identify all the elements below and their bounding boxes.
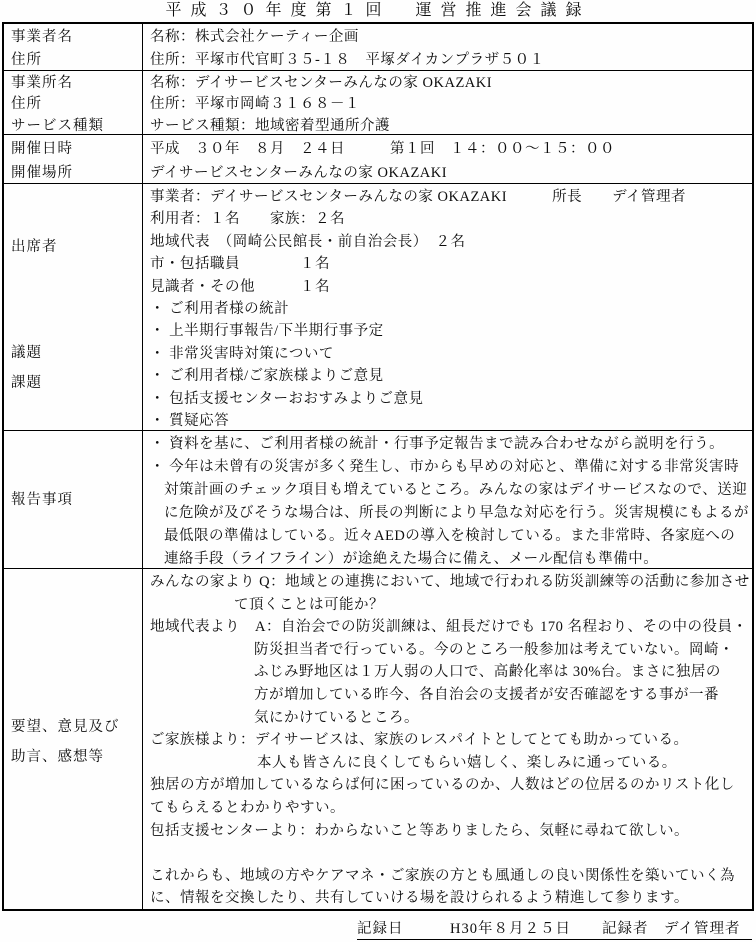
row-label: 出席者	[11, 236, 58, 258]
text-line: 見識者・その他 １名	[150, 276, 750, 298]
text-line: デイサービスセンターみんなの家 OKAZAKI	[150, 161, 750, 183]
text-line: 名称：デイサービスセンターみんなの家 OKAZAKI	[150, 73, 750, 94]
row-label: 要望、意見及び	[11, 716, 120, 739]
text-line: て頂くことは可能か？	[150, 594, 750, 617]
text-line: 市・包括職員 １名	[150, 253, 750, 275]
text-line: サービス種類：地域密着型通所介護	[150, 116, 750, 134]
row-label: 開催場所	[11, 161, 140, 185]
text-line: 連絡手段（ライフライン）が途絶えた場合に備え、メール配信も準備中。	[150, 548, 750, 568]
text-line: 防災担当者で行っている。今のところ一般参加は考えていない。岡崎・	[150, 639, 750, 662]
row-label: サービス種類	[11, 116, 140, 137]
row-office-content: 名称：デイサービスセンターみんなの家 OKAZAKI 住所：平塚市岡崎３１６８－…	[143, 71, 752, 134]
text-line: ふじみ野地区は１万人弱の人口で、高齢化率は 30%台。まさに独居の	[150, 661, 750, 684]
row-datetime-header: 開催日時 開催場所	[4, 135, 143, 183]
row-attendees-header: 出席者 議題 課題	[4, 184, 143, 430]
row-report: 報告事項 ・ 資料を基に、ご利用者様の統計・行事予定報告まで読み合わせながら説明…	[4, 430, 752, 568]
text-line: 住所：平塚市代官町３５-１８ 平塚ダイカンプラザ５０１	[150, 49, 750, 71]
text-line: 包括支援センターより：わからないこと等ありましたら、気軽に尋ねて欲しい。	[150, 820, 750, 843]
row-office-header: 事業所名 住所 サービス種類	[4, 71, 143, 134]
row-report-content: ・ 資料を基に、ご利用者様の統計・行事予定報告まで読み合わせながら説明を行う。 …	[143, 431, 752, 568]
text-line: てもらえるとわかりやすい。	[150, 797, 750, 820]
text-line: これからも、地域の方やケアマネ・ご家族の方とも風通しの良い関係性を築いていく為	[150, 865, 750, 888]
row-report-header: 報告事項	[4, 431, 143, 568]
text-line: 対策計画のチェック項目も増えているところ。みんなの家はデイサービスなので、送迎	[150, 479, 750, 502]
text-line: 平成 ３０年 ８月 ２４日 第１回 １４：００～１５：００	[150, 137, 750, 161]
text-line: ご家族様より：デイサービスは、家族のレスパイトとしてとても助かっている。	[150, 729, 750, 752]
text-line: 事業者：デイサービスセンターみんなの家 OKAZAKI 所長 デイ管理者	[150, 186, 750, 208]
text-line: 住所：平塚市岡崎３１６８－１	[150, 94, 750, 115]
row-label: 課題	[11, 372, 42, 394]
text-line: 最低限の準備はしている。近々AEDの導入を検討している。また非常時、各家庭への	[150, 525, 750, 548]
text-line: に、情報を交換したり、共有していける場を設けられるよう精進して参ります。	[150, 887, 750, 909]
text-line: ・ 資料を基に、ご利用者様の統計・行事予定報告まで読み合わせながら説明を行う。	[150, 433, 750, 456]
row-attendees-agenda: 出席者 議題 課題 事業者：デイサービスセンターみんなの家 OKAZAKI 所長…	[4, 183, 752, 430]
record-footer: 記録日 H30年８月２５日 記録者 デイ管理者	[357, 920, 752, 940]
text-line: 地域代表 （岡崎公民館長・前自治会長） ２名	[150, 231, 750, 253]
row-label: 事業所名	[11, 73, 140, 94]
text-line: 気にかけているところ。	[150, 707, 750, 730]
minutes-table: 事業者名 住所 名称：株式会社ケーティー企画 住所：平塚市代官町３５-１８ 平塚…	[2, 22, 754, 911]
row-opinions-header: 要望、意見及び 助言、感想等	[4, 569, 143, 909]
meeting-minutes-document: 平成３０年度第１回 運営推進会議録 事業者名 住所 名称：株式会社ケーティー企画…	[0, 0, 756, 942]
agenda-bullet: ・ 包括支援センターおおすみよりご意見	[150, 388, 750, 410]
row-office: 事業所名 住所 サービス種類 名称：デイサービスセンターみんなの家 OKAZAK…	[4, 70, 752, 134]
agenda-bullet: ・ 質疑応答	[150, 410, 750, 430]
row-label: 助言、感想等	[11, 746, 104, 769]
text-line: みんなの家より Q：地域との連携において、地域で行われる防災訓練等の活動に参加さ…	[150, 571, 750, 594]
row-label: 議題	[11, 342, 42, 364]
row-datetime-place: 開催日時 開催場所 平成 ３０年 ８月 ２４日 第１回 １４：００～１５：００ …	[4, 134, 752, 183]
row-attendees-content: 事業者：デイサービスセンターみんなの家 OKAZAKI 所長 デイ管理者 利用者…	[143, 184, 752, 430]
agenda-bullet: ・ 上半期行事報告/下半期行事予定	[150, 320, 750, 342]
text-line: 本人も皆さんに良くしてもらい嬉しく、楽しみに通っている。	[150, 752, 750, 775]
row-label: 住所	[11, 49, 140, 72]
agenda-bullet: ・ ご利用者様の統計	[150, 298, 750, 320]
text-line: 利用者：１名 家族：２名	[150, 208, 750, 230]
row-label: 住所	[11, 94, 140, 115]
row-datetime-content: 平成 ３０年 ８月 ２４日 第１回 １４：００～１５：００ デイサービスセンター…	[143, 135, 752, 183]
text-line: 方が増加している昨今、各自治会の支援者が安否確認をする事が一番	[150, 684, 750, 707]
agenda-bullet: ・ 非常災害時対策について	[150, 343, 750, 365]
text-line: 地域代表より A：自治会での防災訓練は、組長だけでも 170 名程おり、その中の…	[150, 616, 750, 639]
text-line: 独居の方が増加しているならば何に困っているのか、人数はどの位居るのかリスト化し	[150, 774, 750, 797]
document-title: 平成３０年度第１回 運営推進会議録	[0, 0, 756, 22]
row-opinions: 要望、意見及び 助言、感想等 みんなの家より Q：地域との連携において、地域で行…	[4, 568, 752, 909]
agenda-bullet: ・ ご利用者様/ご家族様よりご意見	[150, 365, 750, 387]
text-line: ・ 今年は未曾有の災害が多く発生し、市からも早めの対応と、準備に対する非常災害時	[150, 456, 750, 479]
row-label: 事業者名	[11, 26, 140, 49]
row-operator-content: 名称：株式会社ケーティー企画 住所：平塚市代官町３５-１８ 平塚ダイカンプラザ５…	[143, 24, 752, 70]
row-label: 開催日時	[11, 137, 140, 161]
blank-line	[150, 842, 750, 865]
text-line: に危険が及びそうな場合は、所長の判断により早急な対応を行う。災害規模にもよるが	[150, 502, 750, 525]
row-opinions-content: みんなの家より Q：地域との連携において、地域で行われる防災訓練等の活動に参加さ…	[143, 569, 752, 909]
text-line: 名称：株式会社ケーティー企画	[150, 26, 750, 49]
row-operator-header: 事業者名 住所	[4, 24, 143, 70]
row-operator: 事業者名 住所 名称：株式会社ケーティー企画 住所：平塚市代官町３５-１８ 平塚…	[4, 24, 752, 70]
row-label: 報告事項	[11, 489, 73, 512]
